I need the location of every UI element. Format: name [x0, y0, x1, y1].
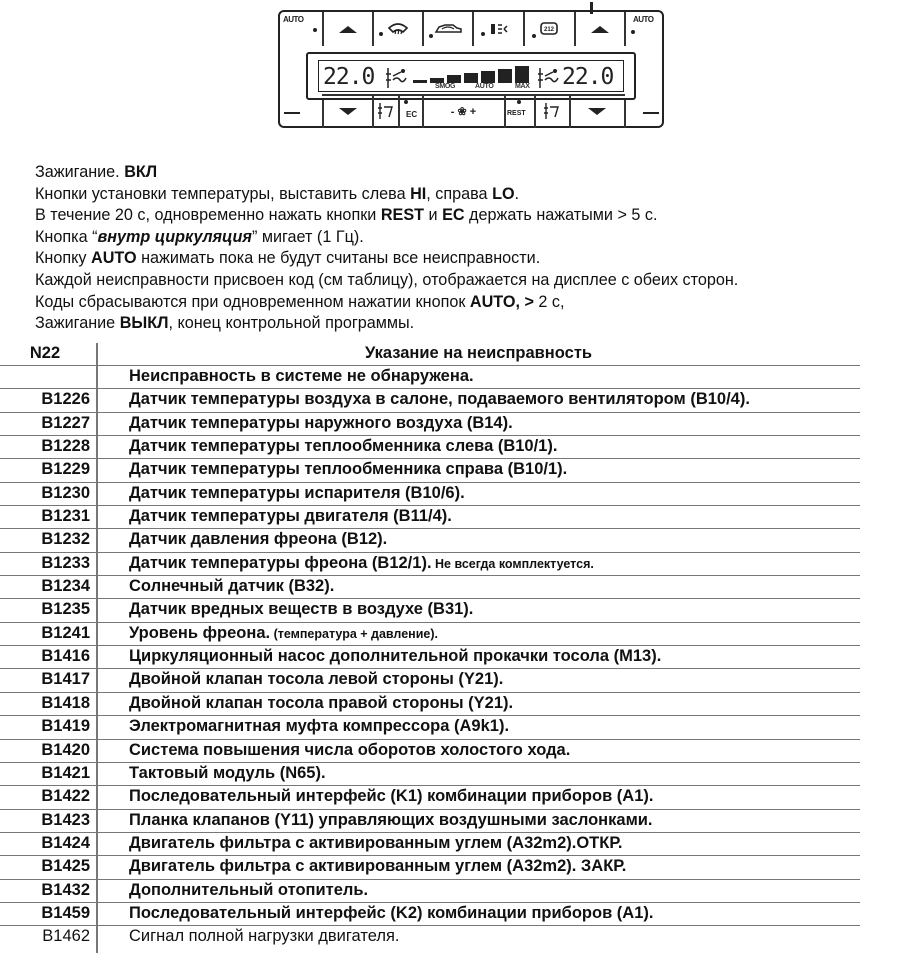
table-header-row: N22 Указание на неисправность: [0, 343, 860, 366]
instruction-line: Зажигание. ВКЛ: [35, 162, 738, 184]
table-row: B1417Двойной клапан тосола левой стороны…: [0, 669, 860, 692]
instruction-keyword: HI: [410, 185, 426, 203]
instruction-text: держать нажатыми > 5 с.: [465, 206, 658, 224]
instruction-line: Кнопка “внутр циркуляция” мигает (1 Гц).: [35, 227, 738, 249]
fault-description: Двойной клапан тосола правой стороны (Y2…: [129, 694, 513, 713]
rear-window-heater-button[interactable]: 212: [524, 12, 574, 46]
table-row: B1241Уровень фреона. (температура + давл…: [0, 623, 860, 646]
fault-description: Датчик температуры двигателя (B11/4).: [129, 507, 452, 526]
fault-description-text: Датчик температуры теплообменника справа…: [129, 460, 567, 478]
fault-description: Тактовый модуль (N65).: [129, 764, 326, 783]
fault-description-text: Датчик вредных веществ в воздухе (B31).: [129, 600, 473, 618]
fault-description-text: Последовательный интерфейс (K1) комбинац…: [129, 787, 653, 805]
car-air-recirculation-icon: [433, 22, 463, 36]
fault-code: B1459: [0, 904, 90, 923]
airflow-person-left-icon: [377, 102, 395, 120]
climate-control-panel: AUTO 212 AUT: [278, 10, 664, 128]
lcd-inner-frame: 22.0 SMOG AUTO MAX 22.0: [318, 60, 624, 92]
fault-description-text: Двигатель фильтра с активированным углем…: [129, 834, 622, 852]
header-code: N22: [0, 344, 90, 363]
fault-code: B1226: [0, 390, 90, 409]
fault-code: B1417: [0, 670, 90, 689]
table-row: B1416Циркуляционный насос дополнительной…: [0, 646, 860, 669]
fault-description: Электромагнитная муфта компрессора (A9k1…: [129, 717, 509, 736]
fault-description: Последовательный интерфейс (K2) комбинац…: [129, 904, 653, 923]
instruction-text: Зажигание.: [35, 163, 124, 181]
table-row: B1459Последовательный интерфейс (K2) ком…: [0, 903, 860, 926]
table-row: B1235Датчик вредных веществ в воздухе (B…: [0, 599, 860, 622]
instruction-keyword: LO: [492, 185, 514, 203]
instruction-keyword: ВКЛ: [124, 163, 157, 181]
instruction-line: Коды сбрасываются при одновременном нажа…: [35, 292, 738, 314]
instruction-line: Каждой неисправности присвоен код (см та…: [35, 270, 738, 292]
table-row: B1228Датчик температуры теплообменника с…: [0, 436, 860, 459]
fault-code: B1231: [0, 507, 90, 526]
fault-description: Дополнительный отопитель.: [129, 881, 368, 900]
fault-description: Датчик температуры теплообменника справа…: [129, 460, 567, 479]
diagnostic-instructions: Зажигание. ВКЛКнопки установки температу…: [35, 162, 738, 335]
fan-level-segment: [481, 71, 495, 83]
temp-up-right-button[interactable]: [575, 12, 624, 46]
fault-description: Датчик температуры фреона (B12/1). Не вс…: [129, 554, 594, 573]
table-row: B1231Датчик температуры двигателя (B11/4…: [0, 506, 860, 529]
fan-label-max: MAX: [515, 83, 530, 90]
fault-code: B1418: [0, 694, 90, 713]
fault-code: B1419: [0, 717, 90, 736]
indicator-led: [404, 100, 408, 104]
fault-description: Двойной клапан тосола левой стороны (Y21…: [129, 670, 503, 689]
airflow-left-button[interactable]: [373, 95, 398, 127]
fault-description-text: Уровень фреона.: [129, 624, 270, 642]
instruction-line: Кнопку AUTO нажимать пока не будут счита…: [35, 248, 738, 270]
table-row: B1424Двигатель фильтра с активированным …: [0, 833, 860, 856]
svg-text:212: 212: [544, 27, 555, 33]
table-row: B1421Тактовый модуль (N65).: [0, 763, 860, 786]
fault-description: Датчик давления фреона (B12).: [129, 530, 387, 549]
fault-description: Последовательный интерфейс (K1) комбинац…: [129, 787, 653, 806]
table-row: B1234Солнечный датчик (B32).: [0, 576, 860, 599]
temp-down-left-button[interactable]: [323, 95, 372, 127]
table-row: B1432Дополнительный отопитель.: [0, 880, 860, 903]
instruction-line: Зажигание ВЫКЛ, конец контрольной програ…: [35, 313, 738, 335]
fault-description-text: Последовательный интерфейс (K2) комбинац…: [129, 904, 653, 922]
airflow-person-left-icon: [385, 66, 407, 90]
fault-description-text: Электромагнитная муфта компрессора (A9k1…: [129, 717, 509, 735]
table-row: B1233Датчик температуры фреона (B12/1). …: [0, 553, 860, 576]
fault-description-text: Неисправность в системе не обнаружена.: [129, 367, 474, 385]
fault-description: Двигатель фильтра с активированным углем…: [129, 834, 622, 853]
instruction-text: нажимать пока не будут считаны все неисп…: [137, 249, 541, 267]
air-distribution-icon: [487, 22, 509, 36]
fault-code: B1425: [0, 857, 90, 876]
instruction-keyword: AUTO: [91, 249, 137, 267]
fault-code: B1232: [0, 530, 90, 549]
fault-note: Не всегда комплектуется.: [432, 557, 594, 571]
windshield-defrost-icon: [387, 22, 409, 36]
minus-mark: [284, 112, 300, 114]
fault-description-text: Датчик температуры наружного воздуха (B1…: [129, 414, 513, 432]
instruction-text: Каждой неисправности присвоен код (см та…: [35, 271, 738, 289]
fault-code: B1422: [0, 787, 90, 806]
fan-level-segment: [413, 80, 427, 83]
fan-label-auto: AUTO: [475, 83, 494, 90]
auto-right-label: AUTO: [633, 15, 654, 24]
indicator-led: [517, 100, 521, 104]
defrost-button[interactable]: [373, 12, 422, 46]
table-row: B1419Электромагнитная муфта компрессора …: [0, 716, 860, 739]
instruction-text: , конец контрольной программы.: [168, 314, 414, 332]
fault-code: B1423: [0, 811, 90, 830]
indicator-led: [379, 32, 383, 36]
fan-level-segment: [447, 75, 461, 83]
table-row: B1230Датчик температуры испарителя (B10/…: [0, 483, 860, 506]
table-row: B1418Двойной клапан тосола правой сторон…: [0, 693, 860, 716]
fault-code: B1421: [0, 764, 90, 783]
fault-description: Уровень фреона. (температура + давление)…: [129, 624, 438, 643]
fault-description-text: Двойной клапан тосола левой стороны (Y21…: [129, 670, 503, 688]
fault-description: Датчик температуры испарителя (B10/6).: [129, 484, 465, 503]
air-distribution-button[interactable]: [473, 12, 523, 46]
fault-note: (температура + давление).: [270, 627, 438, 641]
fault-code: B1424: [0, 834, 90, 853]
fault-description: Система повышения числа оборотов холосто…: [129, 741, 570, 760]
temp-down-right-button[interactable]: [570, 95, 624, 127]
rest-button[interactable]: REST: [505, 95, 534, 127]
fault-description-text: Двигатель фильтра с активированным углем…: [129, 857, 626, 875]
fault-description: Датчик температуры теплообменника слева …: [129, 437, 557, 456]
airflow-person-right-icon: [543, 102, 561, 120]
instruction-text: .: [515, 185, 520, 203]
fan-level-segment: [498, 69, 512, 84]
table-row: B1229Датчик температуры теплообменника с…: [0, 459, 860, 482]
fault-description-text: Датчик температуры теплообменника слева …: [129, 437, 557, 455]
ec-button[interactable]: EC: [399, 95, 422, 127]
indicator-led: [429, 34, 433, 38]
instruction-keyword: ВЫКЛ: [120, 314, 169, 332]
fault-description: Датчик температуры наружного воздуха (B1…: [129, 414, 513, 433]
table-body: Неисправность в системе не обнаружена.B1…: [0, 366, 860, 950]
fault-code: B1233: [0, 554, 90, 573]
fault-description: Датчик вредных веществ в воздухе (B31).: [129, 600, 473, 619]
instruction-text: ” мигает (1 Гц).: [252, 228, 364, 246]
fault-code: B1420: [0, 741, 90, 760]
indicator-led: [532, 34, 536, 38]
fault-code: B1432: [0, 881, 90, 900]
instruction-text: В течение 20 с, одновременно нажать кноп…: [35, 206, 381, 224]
auto-left-label: AUTO: [283, 15, 304, 24]
fan-level-segment: [515, 66, 529, 83]
fault-code: B1416: [0, 647, 90, 666]
instruction-text: 2 с,: [534, 293, 565, 311]
fault-description: Датчик температуры воздуха в салоне, под…: [129, 390, 750, 409]
rear-window-heater-icon: 212: [539, 22, 559, 36]
table-row: B1423Планка клапанов (Y11) управляющих в…: [0, 810, 860, 833]
instruction-text: , справа: [426, 185, 492, 203]
instruction-text: Зажигание: [35, 314, 120, 332]
temp-up-left-button[interactable]: [323, 12, 372, 46]
fault-description-text: Сигнал полной нагрузки двигателя.: [129, 927, 399, 945]
instruction-keyword: REST: [381, 206, 424, 224]
fan-level-segment: [464, 73, 478, 83]
table-row: B1420Система повышения числа оборотов хо…: [0, 740, 860, 763]
header-description: Указание на неисправность: [97, 344, 860, 363]
lcd-display: 22.0 SMOG AUTO MAX 22.0: [306, 52, 636, 100]
fault-code: B1229: [0, 460, 90, 479]
fault-description-text: Циркуляционный насос дополнительной прок…: [129, 647, 661, 665]
fault-description: Сигнал полной нагрузки двигателя.: [129, 927, 399, 946]
rest-label: REST: [507, 110, 526, 117]
fault-description-text: Датчик температуры фреона (B12/1).: [129, 554, 432, 572]
fan-speed-label: - ❀ +: [451, 105, 476, 118]
triangle-up-icon: [339, 26, 357, 33]
table-row: B1462Сигнал полной нагрузки двигателя.: [0, 926, 860, 949]
instruction-text: Коды сбрасываются при одновременном нажа…: [35, 293, 470, 311]
triangle-down-icon: [339, 108, 357, 115]
fault-description-text: Датчик температуры воздуха в салоне, под…: [129, 390, 750, 408]
table-row: B1422Последовательный интерфейс (K1) ком…: [0, 786, 860, 809]
instruction-line: Кнопки установки температуры, выставить …: [35, 184, 738, 206]
table-row: B1226Датчик температуры воздуха в салоне…: [0, 389, 860, 412]
fault-code: B1241: [0, 624, 90, 643]
table-row: Неисправность в системе не обнаружена.: [0, 366, 860, 389]
table-row: B1232Датчик давления фреона (B12).: [0, 529, 860, 552]
fault-description-text: Дополнительный отопитель.: [129, 881, 368, 899]
fault-code: B1228: [0, 437, 90, 456]
fault-code: B1230: [0, 484, 90, 503]
fault-description-text: Датчик температуры двигателя (B11/4).: [129, 507, 452, 525]
instruction-keyword: EC: [442, 206, 465, 224]
fan-speed-button[interactable]: - ❀ +: [423, 95, 504, 127]
fault-code: B1462: [0, 927, 90, 946]
indicator-led: [481, 32, 485, 36]
fault-description: Циркуляционный насос дополнительной прок…: [129, 647, 661, 666]
triangle-down-icon: [588, 108, 606, 115]
fault-description-text: Датчик температуры испарителя (B10/6).: [129, 484, 465, 502]
airflow-right-button[interactable]: [535, 95, 569, 127]
fault-code: B1227: [0, 414, 90, 433]
fault-description-text: Датчик давления фреона (B12).: [129, 530, 387, 548]
instruction-text: Кнопку: [35, 249, 91, 267]
fault-description-text: Солнечный датчик (B32).: [129, 577, 334, 595]
instruction-text: Кнопка “: [35, 228, 97, 246]
fan-label-smog: SMOG: [435, 83, 455, 90]
instruction-keyword: внутр циркуляция: [97, 228, 251, 246]
fault-description: Планка клапанов (Y11) управляющих воздуш…: [129, 811, 653, 830]
fault-description: Неисправность в системе не обнаружена.: [129, 367, 474, 386]
instruction-line: В течение 20 с, одновременно нажать кноп…: [35, 205, 738, 227]
indicator-led: [313, 28, 317, 32]
table-row: B1425Двигатель фильтра с активированным …: [0, 856, 860, 879]
fault-description-text: Планка клапанов (Y11) управляющих воздуш…: [129, 811, 653, 829]
fault-description: Двигатель фильтра с активированным углем…: [129, 857, 626, 876]
triangle-up-icon: [591, 26, 609, 33]
table-row: B1227Датчик температуры наружного воздух…: [0, 413, 860, 436]
instruction-keyword: AUTO, >: [470, 293, 534, 311]
fault-code: B1234: [0, 577, 90, 596]
fault-description-text: Система повышения числа оборотов холосто…: [129, 741, 570, 759]
fault-description-text: Тактовый модуль (N65).: [129, 764, 326, 782]
instruction-text: Кнопки установки температуры, выставить …: [35, 185, 410, 203]
right-temperature-readout: 22.0: [562, 65, 613, 89]
fault-description-text: Двойной клапан тосола правой стороны (Y2…: [129, 694, 513, 712]
air-recirculation-button[interactable]: [423, 12, 472, 46]
ec-label: EC: [406, 110, 417, 119]
airflow-person-right-icon: [537, 66, 559, 90]
fault-code: B1235: [0, 600, 90, 619]
plus-mark: [643, 112, 659, 114]
instruction-text: и: [424, 206, 442, 224]
left-temperature-readout: 22.0: [323, 65, 374, 89]
fault-description: Солнечный датчик (B32).: [129, 577, 334, 596]
indicator-led: [631, 30, 635, 34]
fault-code-table: N22 Указание на неисправность Неисправно…: [0, 343, 860, 950]
